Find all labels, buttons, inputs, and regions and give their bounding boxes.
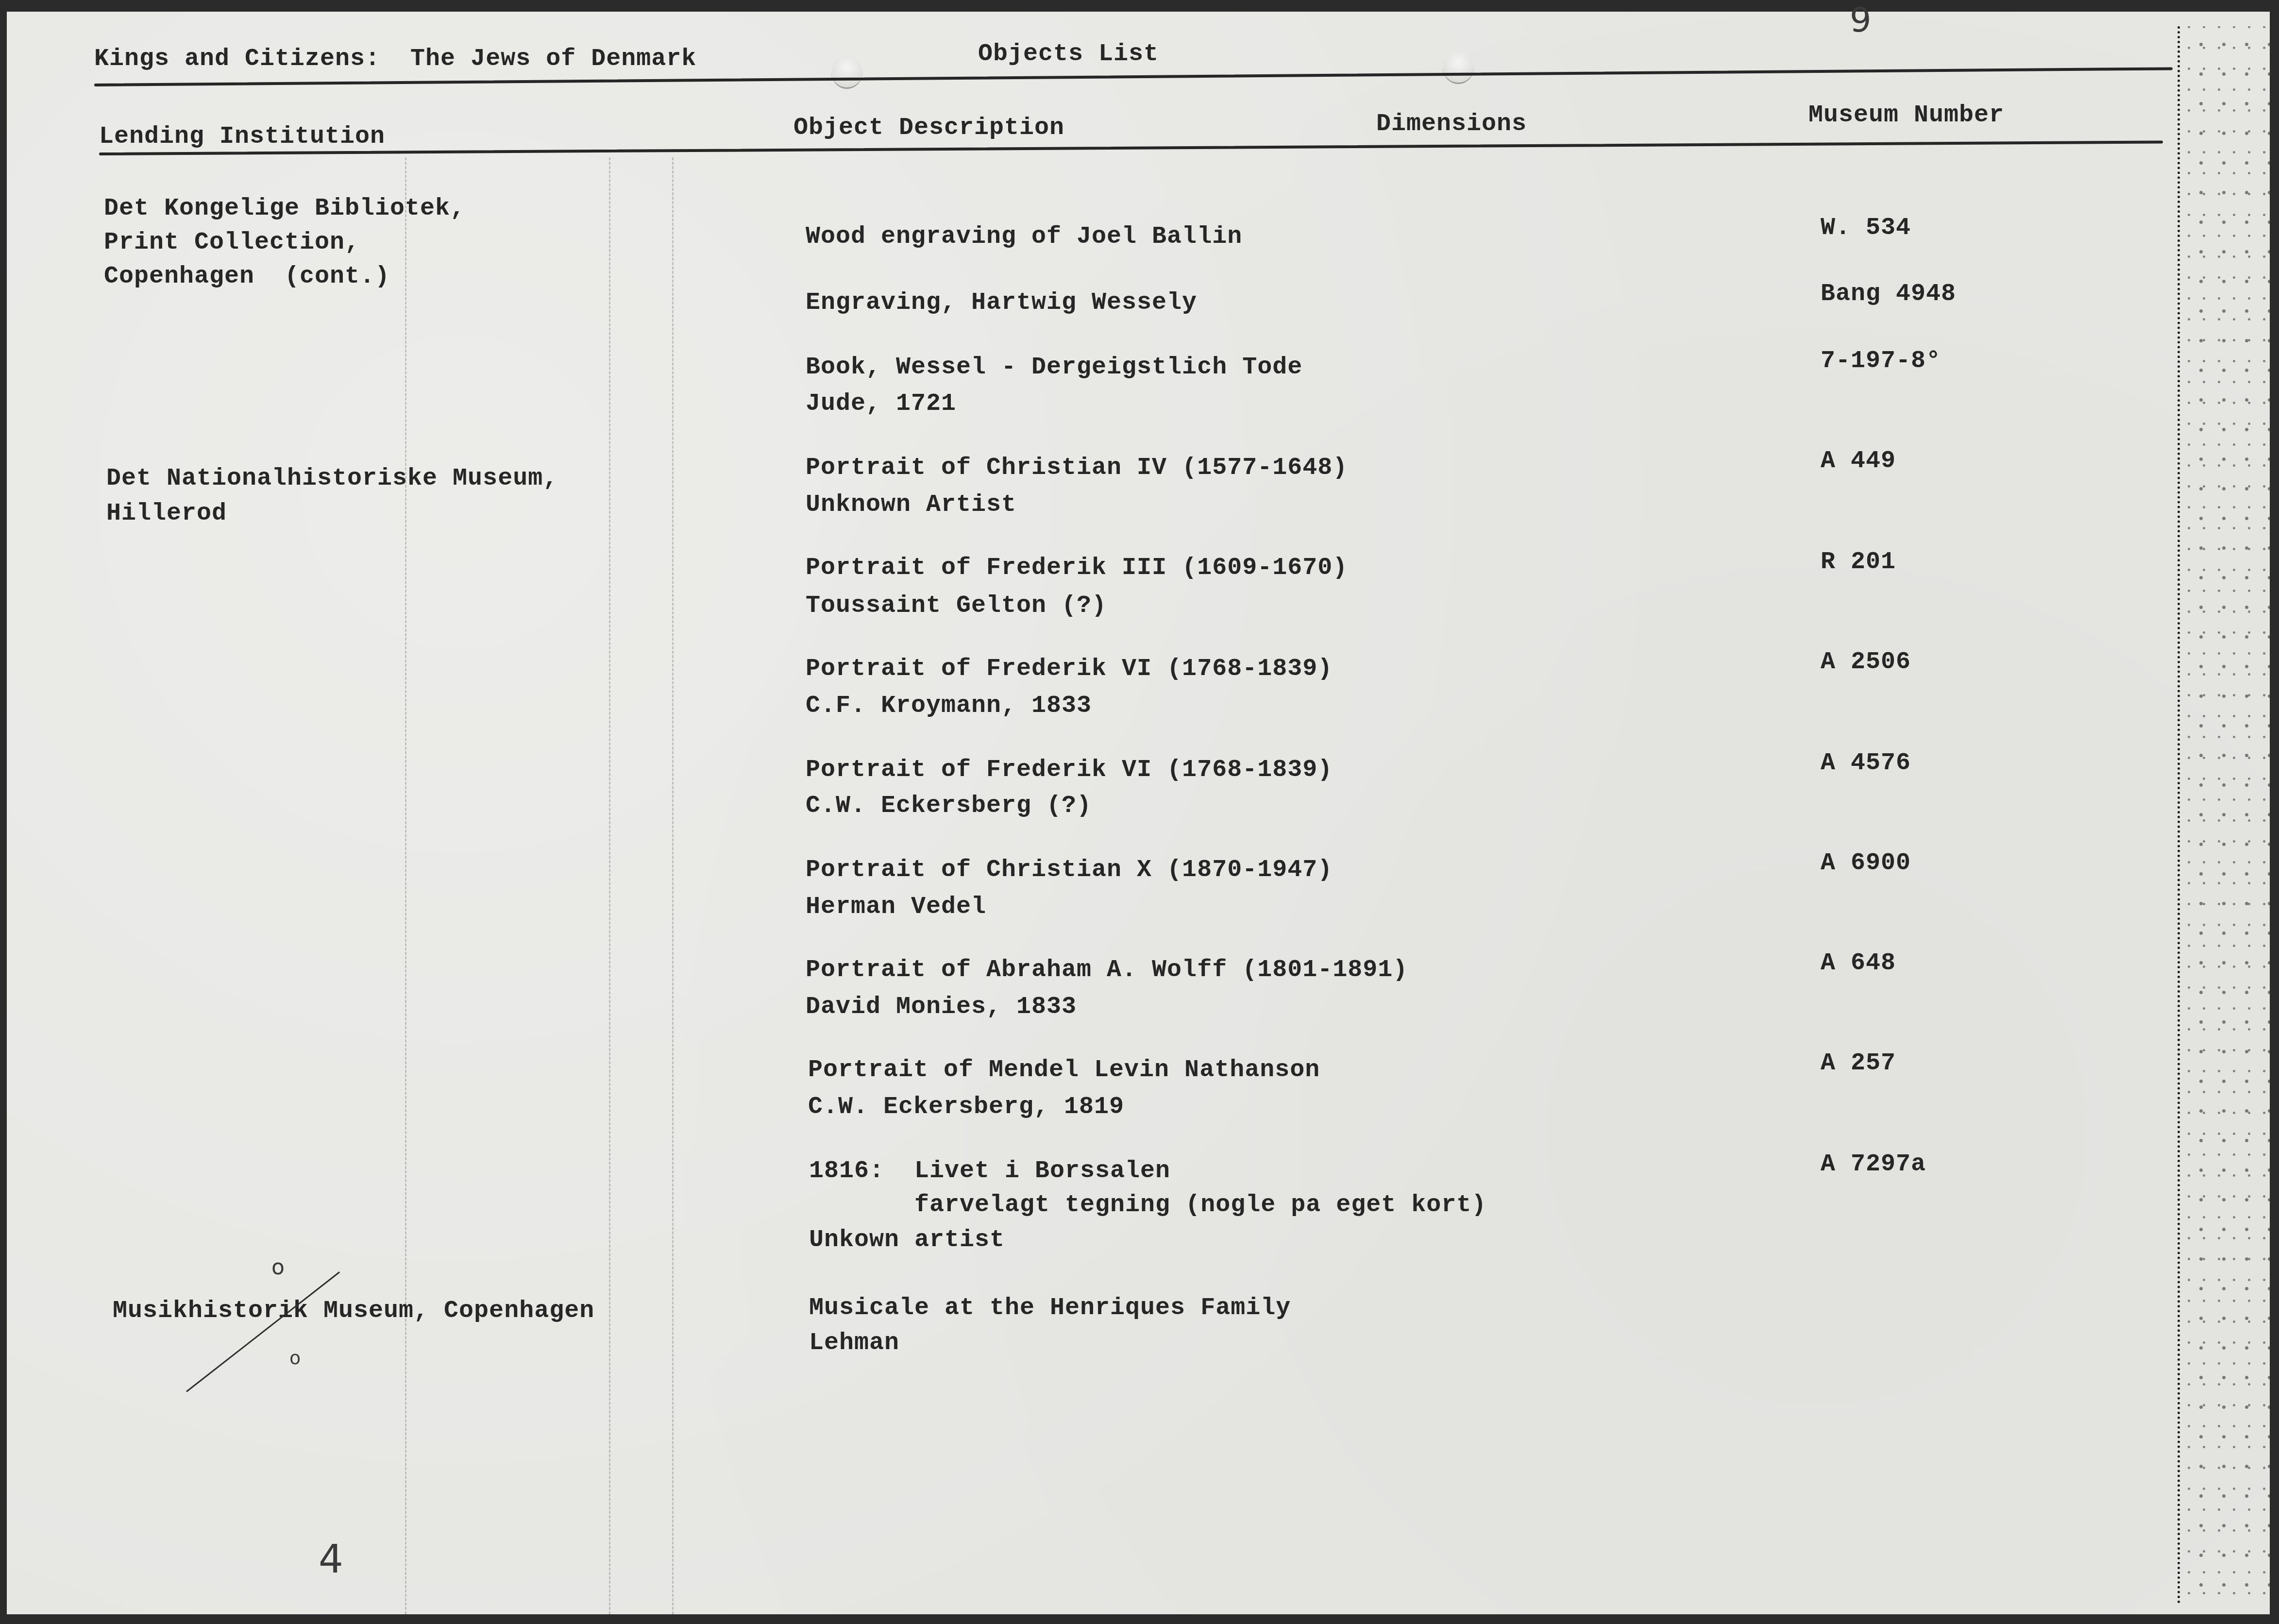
lender-name: Hillerod — [106, 496, 227, 531]
object-description: Toussaint Gelton (?) — [806, 589, 1107, 624]
object-description: Portrait of Mendel Levin Nathanson — [808, 1053, 1320, 1088]
museum-number: A 7297a — [1821, 1147, 1926, 1182]
museum-number: A 449 — [1821, 444, 1896, 479]
object-description: Portrait of Christian IV (1577-1648) — [806, 451, 1348, 486]
column-header-museum-number: Museum Number — [1808, 98, 2004, 133]
museum-number: Bang 4948 — [1821, 277, 1956, 312]
object-description: Portrait of Frederik VI (1768-1839) — [806, 652, 1333, 687]
object-description: Lehman — [809, 1326, 899, 1361]
lender-name: Musikhistorik Museum, Copenhagen — [113, 1294, 594, 1329]
object-description: Portrait of Christian X (1870-1947) — [806, 853, 1333, 888]
object-description: Unknown Artist — [806, 488, 1016, 523]
margin-perforation — [2178, 26, 2180, 1605]
punch-hole — [1443, 51, 1474, 84]
object-description: C.W. Eckersberg, 1819 — [808, 1090, 1124, 1125]
fold-line — [672, 157, 674, 1614]
handwritten-sheet-number: 4 — [319, 1537, 343, 1582]
object-description: C.W. Eckersberg (?) — [806, 789, 1092, 824]
column-header-dimensions: Dimensions — [1376, 107, 1527, 142]
museum-number: A 2506 — [1821, 645, 1911, 680]
exhibition-title: Kings and Citizens: The Jews of Denmark — [94, 42, 696, 77]
object-description: Book, Wessel - Dergeigstlich Tode — [806, 350, 1302, 385]
object-description: Wood engraving of Joel Ballin — [806, 220, 1242, 254]
column-header-object-description: Object Description — [793, 111, 1064, 146]
list-title: Objects List — [978, 37, 1159, 72]
object-description: Jude, 1721 — [806, 387, 956, 422]
lender-name: Copenhagen (cont.) — [104, 259, 390, 294]
handwritten-mark: o — [271, 1255, 285, 1280]
object-description: Musicale at the Henriques Family — [809, 1291, 1291, 1326]
handwritten-page-number: 9 — [1850, 0, 1872, 40]
document-page: 9 Kings and Citizens: The Jews of Denmar… — [7, 12, 2270, 1614]
museum-number: A 648 — [1821, 946, 1896, 981]
handwritten-mark: o — [289, 1347, 301, 1369]
lender-name: Det Nationalhistoriske Museum, — [106, 461, 558, 496]
object-description: Herman Vedel — [806, 890, 986, 925]
object-description: Portrait of Frederik III (1609-1670) — [806, 551, 1348, 586]
punch-hole — [831, 56, 862, 89]
object-description: farvelagt tegning (nogle pa eget kort) — [809, 1188, 1486, 1223]
object-description: David Monies, 1833 — [806, 990, 1077, 1025]
strike-through-mark — [186, 1271, 340, 1392]
lender-name: Print Collection, — [104, 225, 360, 260]
museum-number: A 257 — [1821, 1046, 1896, 1081]
column-header-lending-institution: Lending Institution — [99, 119, 385, 154]
museum-number: W. 534 — [1821, 211, 1911, 246]
lender-name: Det Kongelige Bibliotek, — [104, 191, 465, 226]
fold-line — [405, 157, 406, 1614]
object-description: Engraving, Hartwig Wessely — [806, 286, 1197, 321]
museum-number: A 4576 — [1821, 746, 1911, 781]
museum-number: R 201 — [1821, 545, 1896, 580]
object-description: 1816: Livet i Borssalen — [809, 1154, 1170, 1189]
museum-number: 7-197-8° — [1821, 344, 1941, 379]
margin-speckle — [2187, 26, 2270, 1609]
object-description: Portrait of Frederik VI (1768-1839) — [806, 753, 1333, 788]
object-description: Unkown artist — [809, 1223, 1005, 1258]
object-description: C.F. Kroymann, 1833 — [806, 689, 1092, 724]
fold-line — [609, 157, 610, 1614]
header-rule-bottom — [99, 141, 2163, 155]
object-description: Portrait of Abraham A. Wolff (1801-1891) — [806, 953, 1408, 988]
museum-number: A 6900 — [1821, 846, 1911, 881]
